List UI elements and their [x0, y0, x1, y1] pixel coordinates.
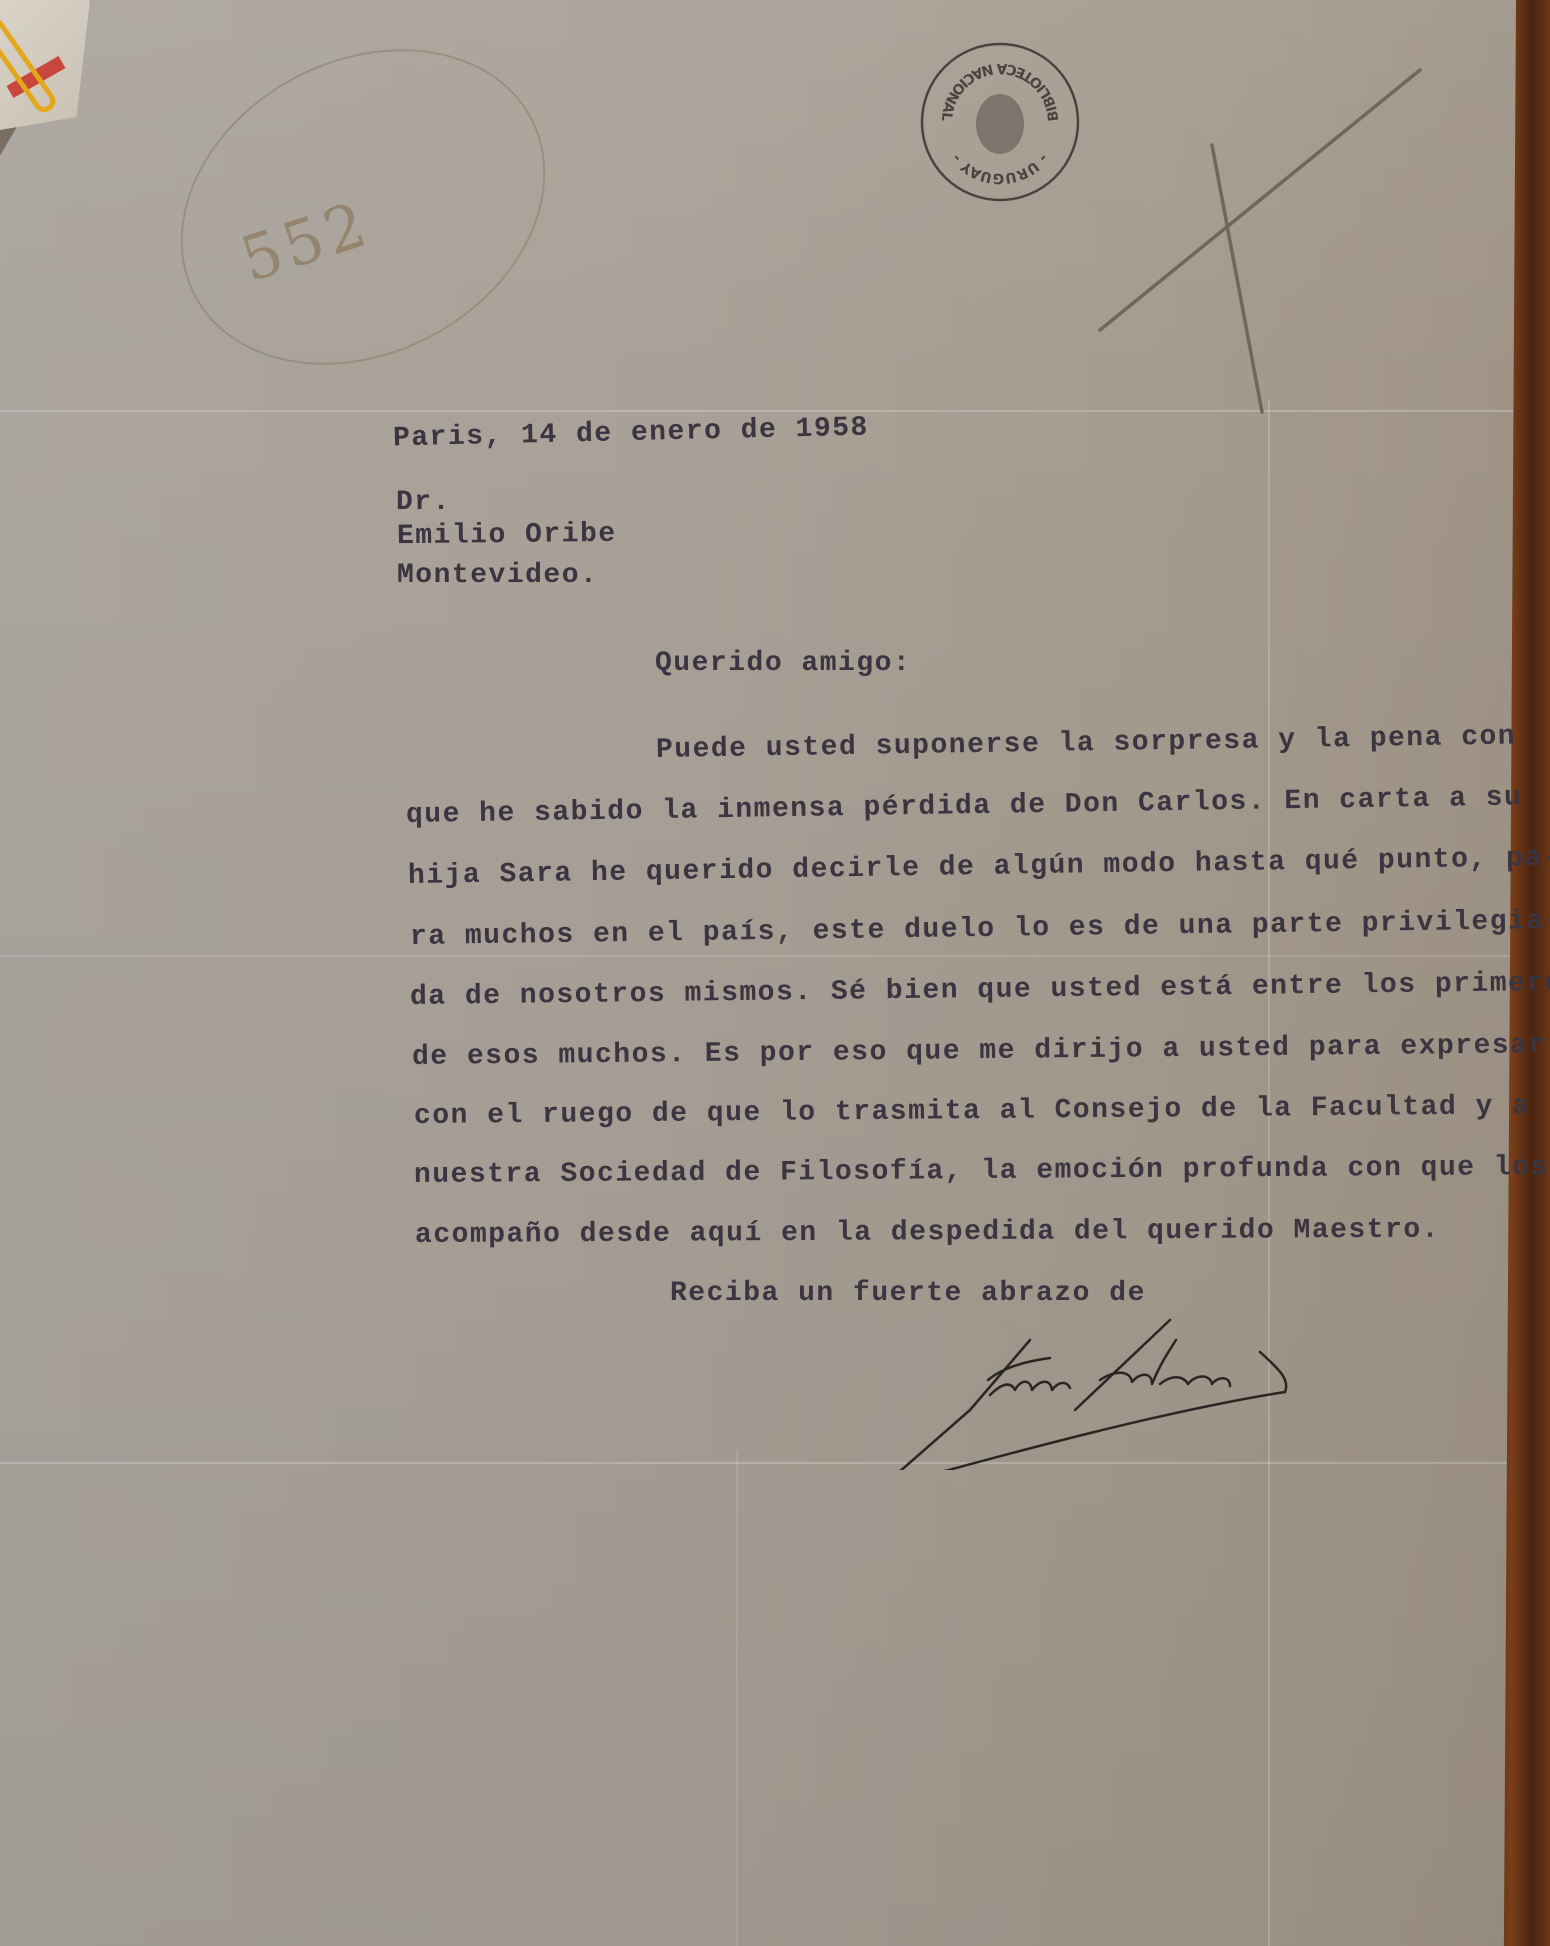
salutation: Querido amigo:	[655, 648, 911, 679]
body-line: de esos muchos. Es por eso que me dirijo…	[412, 1030, 1550, 1073]
recipient-city: Montevideo.	[397, 560, 598, 591]
body-line: acompaño desde aquí en la despedida del …	[415, 1215, 1440, 1251]
body-line: da de nosotros mismos. Sé bien que usted…	[410, 968, 1550, 1013]
date-line: Paris, 14 de enero de 1958	[393, 413, 869, 455]
body-line: que he sabido la inmensa pérdida de Don …	[406, 782, 1523, 831]
recipient-title: Dr.	[396, 487, 451, 518]
handwritten-signature: Arturo Ardao	[870, 1300, 1320, 1470]
body-line: hija Sara he querido decirle de algún mo…	[408, 843, 1550, 892]
body-line: con el ruego de que lo trasmita al Conse…	[414, 1091, 1531, 1132]
body-line: ra muchos en el país, este duelo lo es d…	[410, 906, 1550, 953]
body-line: Puede usted suponerse la sorpresa y la p…	[656, 721, 1517, 766]
letter-text: Paris, 14 de enero de 1958 Dr. Emilio Or…	[0, 0, 1516, 1946]
body-line: nuestra Sociedad de Filosofía, la emoció…	[414, 1152, 1549, 1191]
recipient-name: Emilio Oribe	[397, 519, 617, 552]
